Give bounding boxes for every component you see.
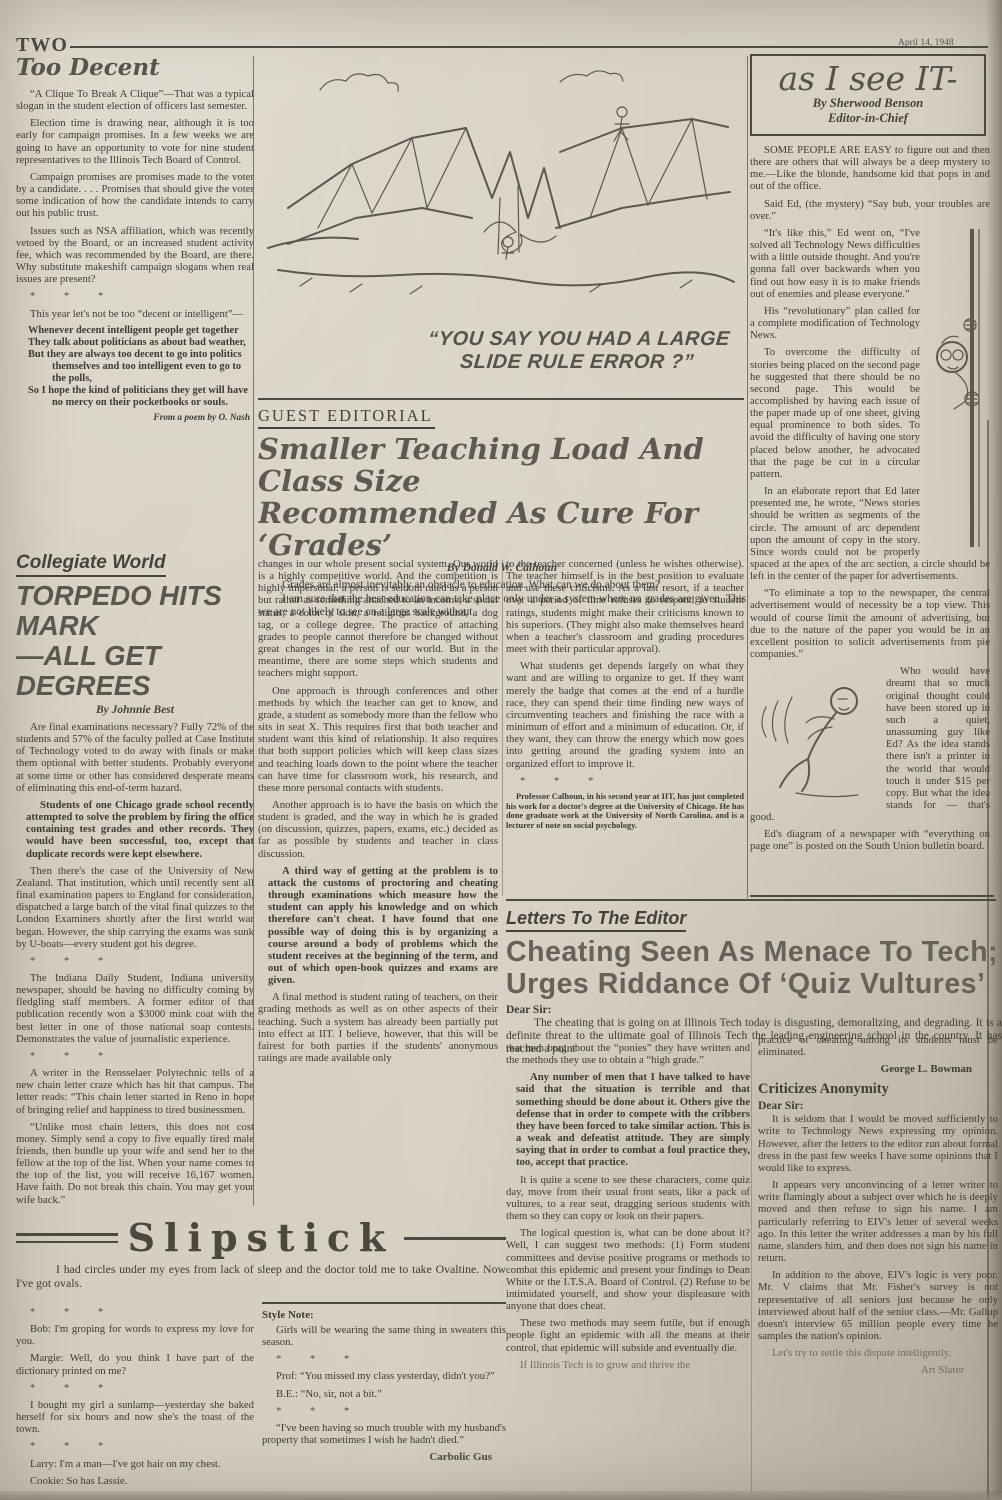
paragraph: Ed's diagram of a newspaper with “everyt… <box>750 828 990 852</box>
paragraph: B.E.: “No, sir, not a bit.” <box>262 1388 506 1400</box>
letter-signature: George L. Bowman <box>758 1063 998 1075</box>
headline-line: —ALL GET DEGREES <box>16 641 254 701</box>
collegiate-headline: TORPEDO HITS MARK —ALL GET DEGREES <box>16 581 254 701</box>
paragraph: “A Clique To Break A Clique”—That was a … <box>16 88 254 112</box>
poem-line: Whenever decent intelligent people get t… <box>20 325 254 337</box>
paragraph: Issues such as NSA affiliation, which wa… <box>16 225 254 286</box>
paragraph: Said Ed, (the mystery) “Say bub, your tr… <box>750 198 990 222</box>
paragraph: Larry: I'm a man—I've got hair on my che… <box>16 1458 254 1470</box>
caption-line: “YOU SAY YOU HAD A LARGE <box>398 328 746 351</box>
headline-line: Cheating Seen As Menace To Tech; <box>506 936 1002 968</box>
guest-editorial-label: GUEST EDITORIAL <box>258 406 435 429</box>
slipstick-section: Slipstick I had circles under my eyes fr… <box>16 1210 506 1494</box>
paragraph: “To eliminate a top to the newspaper, th… <box>750 587 990 660</box>
star-separator: * * * <box>16 1382 254 1394</box>
as-i-see-it-column: as I see IT- By Sherwood Benson Editor-i… <box>750 54 990 896</box>
poem-line: They talk about politicians as about bad… <box>20 337 254 349</box>
paragraph: It is seldom that I would be moved suffi… <box>758 1113 998 1174</box>
paragraph: SOME PEOPLE ARE EASY to figure out and t… <box>750 144 990 193</box>
star-separator: * * * <box>16 1440 254 1452</box>
star-separator: * * * <box>506 775 744 787</box>
paragraph: to the teacher concerned (unless he wish… <box>506 558 744 655</box>
paragraph: What students get depends largely on wha… <box>506 660 744 769</box>
paragraph: The logical question is, what can be don… <box>506 1227 750 1312</box>
poem-line: So I hope the kind of politicians they g… <box>20 385 254 409</box>
bridge-cartoon: “YOU SAY YOU HAD A LARGE SLIDE RULE ERRO… <box>260 56 746 396</box>
falling-man-cartoon <box>750 669 878 801</box>
paragraph: These two methods may seem futile, but i… <box>506 1317 750 1353</box>
paragraph: I had circles under my eyes from lack of… <box>16 1262 506 1290</box>
slipstick-column-2: Style Note: Girls will be wearing the sa… <box>262 1302 506 1494</box>
as-i-see-it-box: as I see IT- By Sherwood Benson Editor-i… <box>750 54 986 136</box>
poem-line: But they are always too decent to go int… <box>20 349 254 385</box>
column-rule <box>747 56 748 898</box>
bridge-cartoon-drawing <box>260 56 746 326</box>
paragraph: Campaign promises are promises made to t… <box>16 171 254 220</box>
letters-to-editor-section: Letters To The Editor Cheating Seen As M… <box>506 902 1002 1494</box>
letter-signature: Art Slater <box>758 1364 998 1376</box>
headline-line: Recommended As Cure For ‘Grades’ <box>258 497 746 561</box>
star-separator: * * * <box>16 955 254 967</box>
paragraph: It is quite a scene to see these charact… <box>506 1174 750 1223</box>
star-separator: * * * <box>16 290 254 302</box>
paragraph: “I've been having so much trouble with m… <box>262 1422 506 1446</box>
paragraph: Margie: Well, do you think I have part o… <box>16 1352 254 1376</box>
rule <box>404 1237 506 1240</box>
paragraph: “Unlike most chain letters, this does no… <box>16 1121 254 1206</box>
paragraph: Let's try to settle this dispute intelli… <box>758 1347 998 1359</box>
paragraph: Students of one Chicago grade school rec… <box>26 799 254 860</box>
headline-line: TORPEDO HITS MARK <box>16 581 254 641</box>
too-decent-title: Too Decent <box>16 54 254 81</box>
paragraph: Bob: I'm groping for words to express my… <box>16 1323 254 1347</box>
paragraph: Then there's the case of the University … <box>16 865 254 950</box>
pole-climber-drawing <box>926 229 990 547</box>
letter-subhead: Criticizes Anonymity <box>758 1081 998 1098</box>
paragraph: Girls will be wearing the same thing in … <box>262 1324 506 1348</box>
letters-headline: Cheating Seen As Menace To Tech; Urges R… <box>506 936 1002 1000</box>
poem: Whenever decent intelligent people get t… <box>20 325 254 410</box>
byline: By Johnnie Best <box>16 704 254 716</box>
cartoon-caption: “YOU SAY YOU HAD A LARGE SLIDE RULE ERRO… <box>396 328 746 374</box>
paragraph: A writer in the Rensselaer Polytechnic t… <box>16 1067 254 1116</box>
caption-line: SLIDE RULE ERROR ?” <box>396 351 746 374</box>
paragraph: Election time is drawing near, although … <box>16 117 254 166</box>
falling-man-drawing <box>750 669 878 801</box>
guest-editorial-column-1: changes in our whole present social syst… <box>258 558 498 1208</box>
slipstick-title: Slipstick <box>118 1218 405 1258</box>
letters-column-2: practice of cheating among its students … <box>758 1034 998 1494</box>
paragraph: The Indiana Daily Student, Indiana unive… <box>16 972 254 1045</box>
pole-climber-cartoon <box>926 229 990 547</box>
paragraph: practice of cheating among its students … <box>758 1034 998 1058</box>
paragraph: It appears very unconvincing of a letter… <box>758 1179 998 1264</box>
paragraph: Are final examinations necessary? Fully … <box>16 721 254 794</box>
letters-column-1: that men brag about the “ponies” they ha… <box>506 1042 750 1494</box>
poem-credit: From a poem by O. Nash <box>16 413 254 423</box>
guest-editorial-top-rule <box>258 398 744 400</box>
paragraph: Cookie: So has Lassie. <box>16 1475 254 1487</box>
paragraph: One approach is through conferences and … <box>258 685 498 794</box>
paragraph: If Illinois Tech is to grow and thrive t… <box>506 1359 750 1371</box>
newspaper-page: TWO April 14, 1948 Too Decent “A Clique … <box>0 0 1002 1500</box>
paragraph: This year let's not be too “decent or in… <box>16 308 254 320</box>
headline-line: Urges Riddance Of ‘Quiz Vultures’ <box>506 968 1002 1000</box>
paragraph: that men brag about the “ponies” they ha… <box>506 1042 750 1066</box>
as-i-see-it-title: as I see IT- <box>756 62 980 96</box>
header-rule <box>70 46 988 48</box>
byline: By Sherwood Benson <box>756 96 980 111</box>
too-decent-article: Too Decent “A Clique To Break A Clique”—… <box>16 54 254 554</box>
star-separator: * * * <box>262 1353 506 1365</box>
paragraph: A final method is student rating of teac… <box>258 991 498 1064</box>
slipstick-column-1: * * * Bob: I'm groping for words to expr… <box>16 1306 254 1494</box>
paragraph: A third way of getting at the problem is… <box>268 865 498 987</box>
letters-label: Letters To The Editor <box>506 908 686 932</box>
style-note-label: Style Note: <box>262 1309 506 1321</box>
paragraph: changes in our whole present social syst… <box>258 558 498 680</box>
collegiate-world-article: Collegiate World TORPEDO HITS MARK —ALL … <box>16 552 254 1212</box>
star-separator: * * * <box>16 1306 254 1318</box>
salutation: Dear Sir: <box>506 1004 1002 1016</box>
rule <box>16 1233 118 1243</box>
guest-editorial-column-2: to the teacher concerned (unless he wish… <box>506 558 744 902</box>
byline-role: Editor-in-Chief <box>756 111 980 126</box>
issue-date: April 14, 1948 <box>898 38 954 48</box>
paragraph: I bought my girl a sunlamp—yesterday she… <box>16 1399 254 1435</box>
slipstick-title-row: Slipstick <box>16 1218 506 1258</box>
paragraph: Any number of men that I have talked to … <box>516 1071 750 1168</box>
paragraph: Another approach is to have the basis on… <box>258 799 498 860</box>
headline-line: Smaller Teaching Load And Class Size <box>258 433 746 497</box>
collegiate-world-label: Collegiate World <box>16 552 166 577</box>
rule <box>262 1302 506 1304</box>
author-note: Professor Calhoun, in his second year at… <box>506 792 744 831</box>
star-separator: * * * <box>16 1050 254 1062</box>
salutation: Dear Sir: <box>758 1100 998 1112</box>
guest-editorial-headline: Smaller Teaching Load And Class Size Rec… <box>258 433 746 561</box>
star-separator: * * * <box>262 1405 506 1417</box>
paragraph: In addition to the above, EIV's logic is… <box>758 1269 998 1342</box>
column-signature: Carbolic Gus <box>262 1451 506 1463</box>
paragraph: Prof: “You missed my class yesterday, di… <box>262 1370 506 1382</box>
